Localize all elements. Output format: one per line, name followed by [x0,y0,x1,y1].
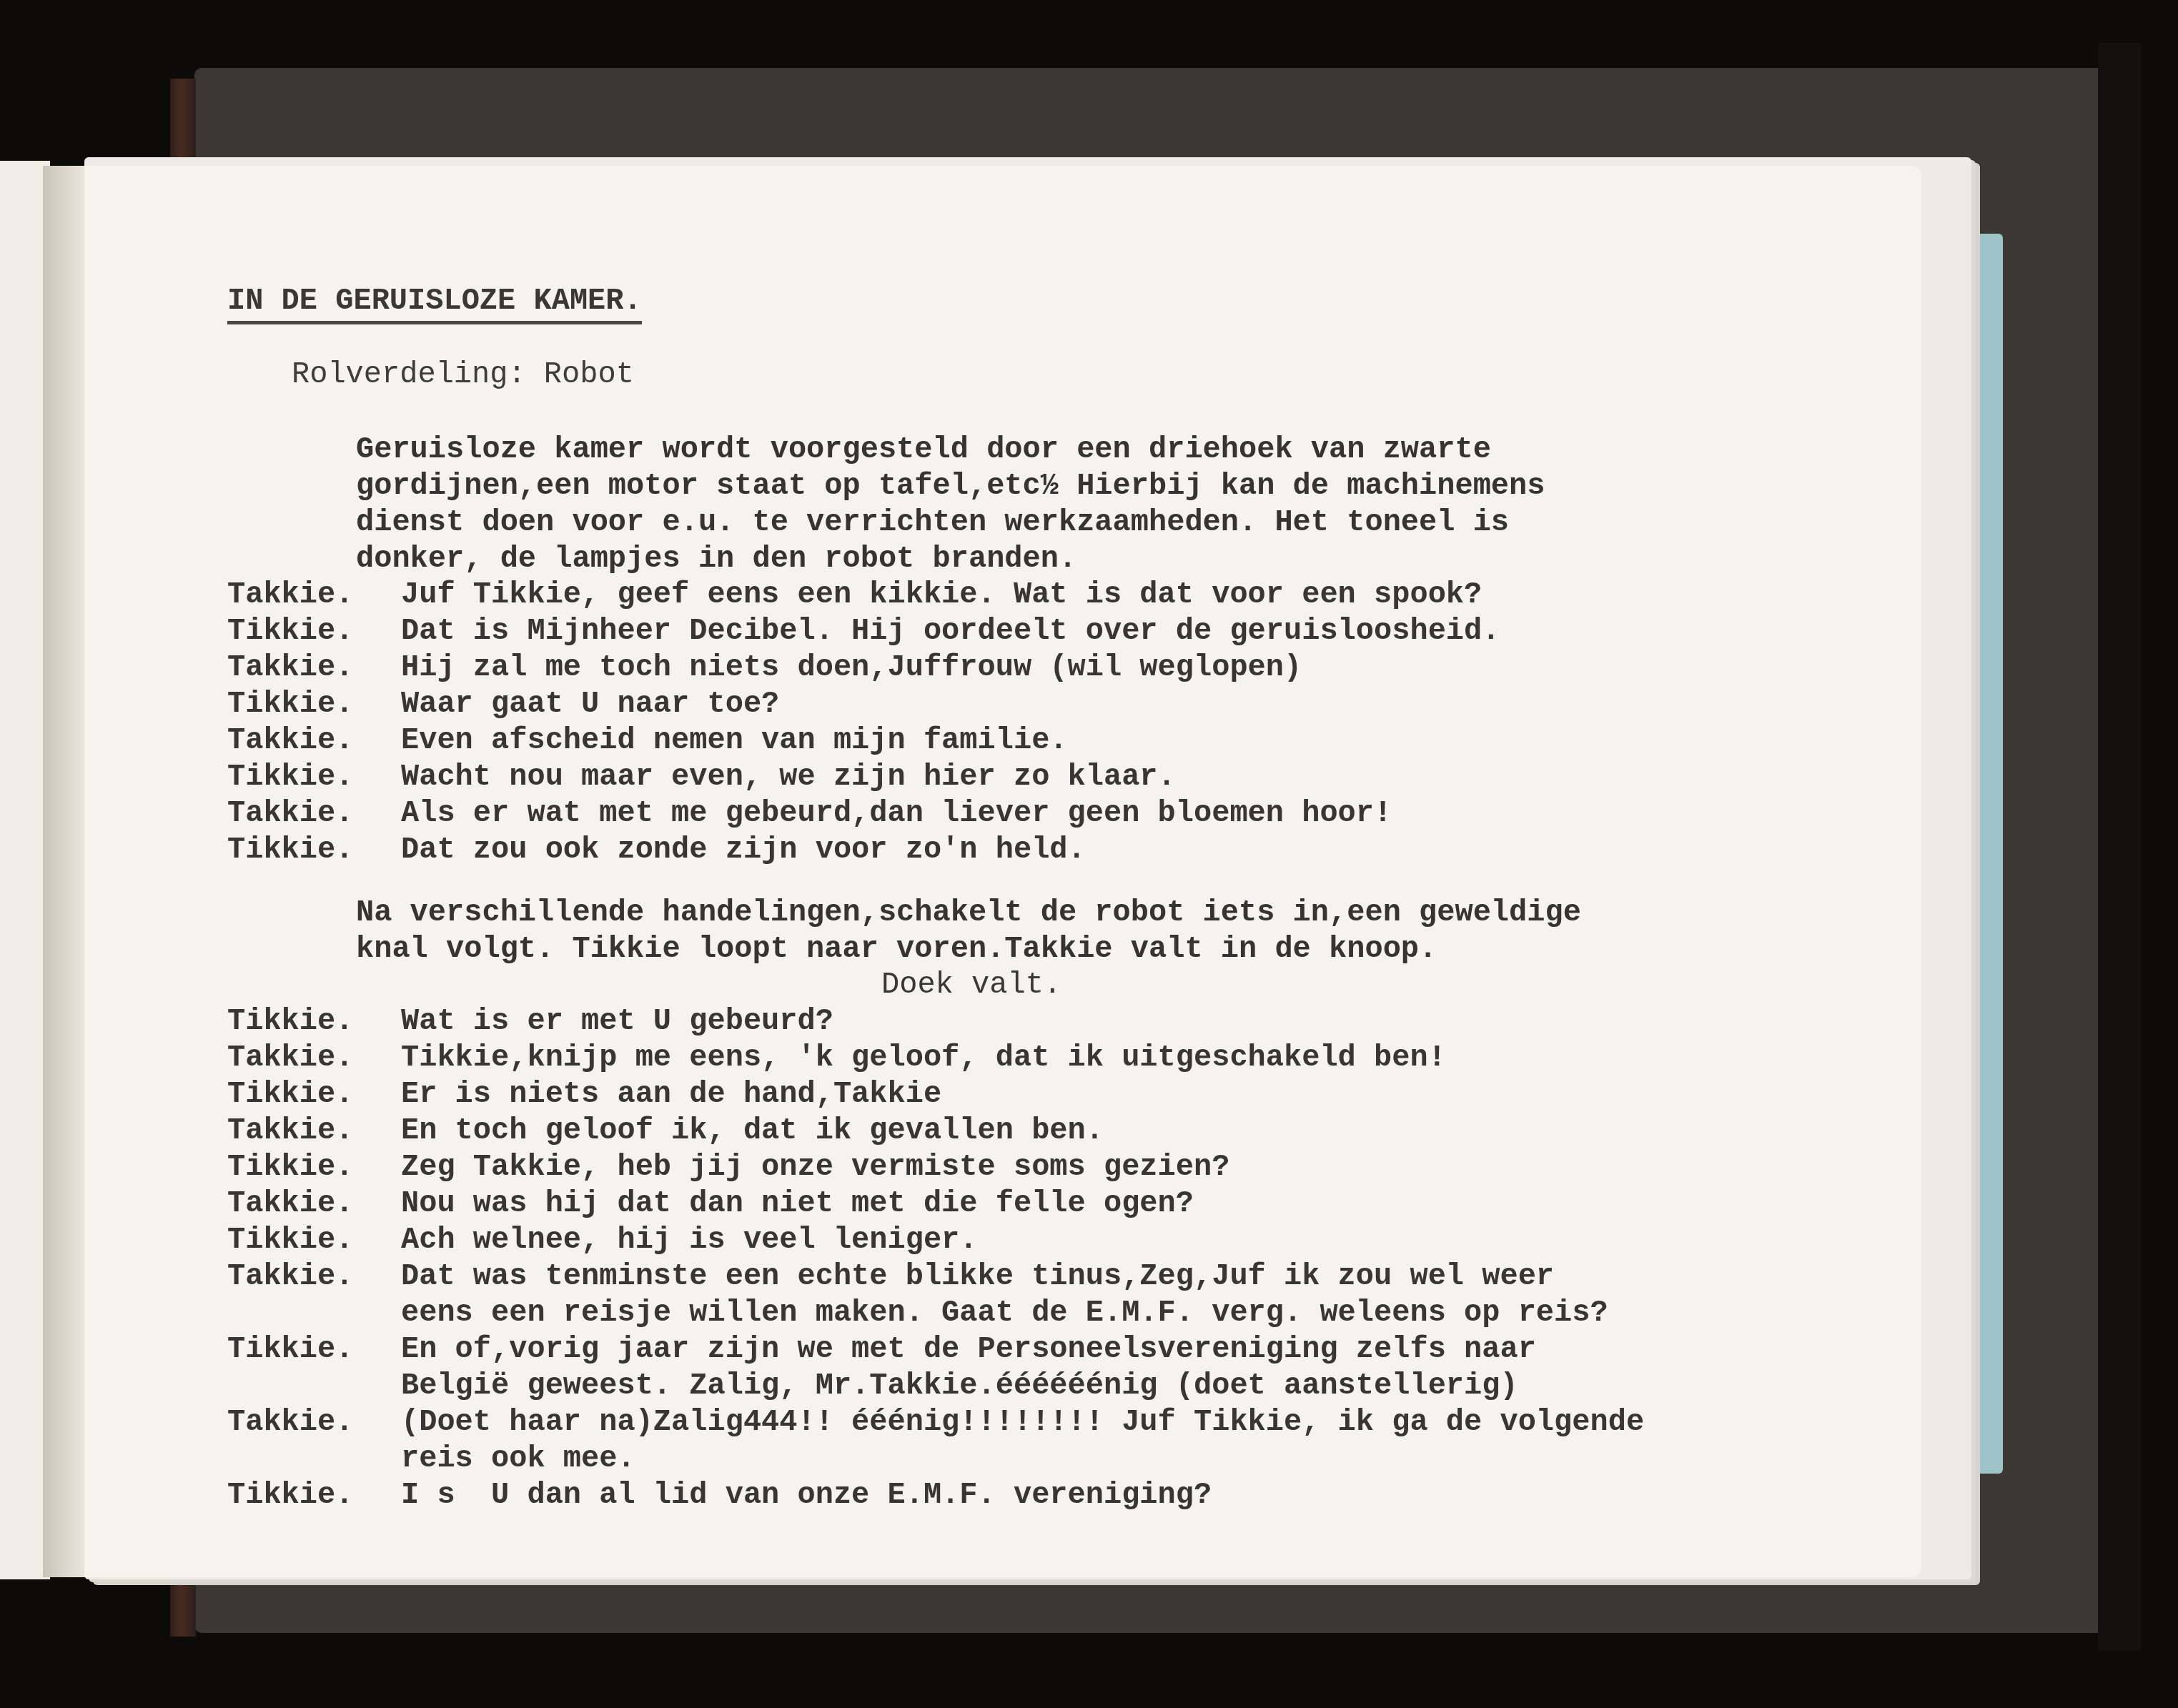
speaker: Tikkie. [227,1332,401,1366]
dialogue-line: Tikkie.Dat zou ook zonde zijn voor zo'n … [227,833,1086,867]
line-text: Wat is er met U gebeurd? [401,1004,833,1038]
dialogue-line: Takkie.(Doet haar na)Zalig444!! ééénig!!… [227,1405,1644,1439]
dialogue-continuation: België geweest. Zalig, Mr.Takkie.éééééén… [401,1369,1518,1403]
dialogue-line: Tikkie.Er is niets aan de hand,Takkie [227,1077,941,1111]
speaker: Tikkie. [227,1478,401,1512]
speaker: Takkie. [227,577,401,612]
line-text: En of,vorig jaar zijn we met de Personee… [401,1332,1536,1366]
dialogue-continuation: eens een reisje willen maken. Gaat de E.… [401,1296,1608,1330]
speaker: Takkie. [227,796,401,830]
stage-line: knal volgt. Tikkie loopt naar voren.Takk… [356,931,1437,968]
dialogue-line: Takkie.Juf Tikkie, geef eens een kikkie.… [227,577,1482,612]
speaker: Takkie. [227,650,401,685]
dialogue-line: Tikkie.Dat is Mijnheer Decibel. Hij oord… [227,614,1500,648]
line-text: Nou was hij dat dan niet met die felle o… [401,1186,1194,1221]
dialogue-line: Takkie.Even afscheid nemen van mijn fami… [227,723,1068,758]
gutter-shadow [43,166,87,1577]
dialogue-line: Tikkie.En of,vorig jaar zijn we met de P… [227,1332,1536,1366]
speaker: Tikkie. [227,614,401,648]
line-text: Hij zal me toch niets doen,Juffrouw (wil… [401,650,1302,685]
speaker: Tikkie. [227,1077,401,1111]
stage-line: Geruisloze kamer wordt voorgesteld door … [356,432,1491,468]
stage-line: Na verschillende handelingen,schakelt de… [356,895,1581,931]
line-text: Tikkie,knijp me eens, 'k geloof, dat ik … [401,1041,1446,1075]
speaker: Tikkie. [227,1150,401,1184]
speaker: Takkie. [227,1405,401,1439]
line-text: Dat was tenminste een echte blikke tinus… [401,1259,1554,1294]
dialogue-line: Tikkie.Wacht nou maar even, we zijn hier… [227,760,1176,794]
dialogue-line: Tikkie.Wat is er met U gebeurd? [227,1004,833,1038]
book-cover-edge [2098,43,2141,1651]
line-text: En toch geloof ik, dat ik gevallen ben. [401,1113,1104,1148]
speaker: Takkie. [227,1259,401,1294]
speaker: Takkie. [227,1113,401,1148]
line-text: Dat zou ook zonde zijn voor zo'n held. [401,833,1086,867]
line-text: (Doet haar na)Zalig444!! ééénig!!!!!!!! … [401,1405,1644,1439]
curtain-direction: Doek valt. [881,968,1061,1002]
stage-line: gordijnen,een motor staat op tafel,etc½ … [356,468,1545,505]
dialogue-line: Takkie.Nou was hij dat dan niet met die … [227,1186,1194,1221]
typed-page: IN DE GERUISLOZE KAMER. Rolverdeling: Ro… [84,166,1921,1577]
speaker: Takkie. [227,1186,401,1221]
line-text: Wacht nou maar even, we zijn hier zo kla… [401,760,1176,794]
speaker: Takkie. [227,1041,401,1075]
page-title: IN DE GERUISLOZE KAMER. [227,284,642,324]
dialogue-line: Takkie.Hij zal me toch niets doen,Juffro… [227,650,1302,685]
line-text: I s U dan al lid van onze E.M.F. verenig… [401,1478,1212,1512]
stage-line: dienst doen voor e.u. te verrichten werk… [356,505,1509,541]
dialogue-line: Tikkie.I s U dan al lid van onze E.M.F. … [227,1478,1212,1512]
line-text: Dat is Mijnheer Decibel. Hij oordeelt ov… [401,614,1500,648]
dialogue-line: Tikkie.Waar gaat U naar toe? [227,687,779,721]
speaker: Tikkie. [227,833,401,867]
dialogue-line: Tikkie.Ach welnee, hij is veel leniger. [227,1223,978,1257]
line-text: Juf Tikkie, geef eens een kikkie. Wat is… [401,577,1482,612]
dialogue-line: Tikkie.Zeg Takkie, heb jij onze vermiste… [227,1150,1229,1184]
speaker: Tikkie. [227,1004,401,1038]
dialogue-line: Takkie.Tikkie,knijp me eens, 'k geloof, … [227,1041,1446,1075]
line-text: Zeg Takkie, heb jij onze vermiste soms g… [401,1150,1229,1184]
speaker: Takkie. [227,723,401,758]
line-text: Ach welnee, hij is veel leniger. [401,1223,978,1257]
line-text: Even afscheid nemen van mijn familie. [401,723,1068,758]
cast-list: Rolverdeling: Robot [292,357,634,392]
dialogue-line: Takkie.En toch geloof ik, dat ik gevalle… [227,1113,1104,1148]
speaker: Tikkie. [227,760,401,794]
line-text: Er is niets aan de hand,Takkie [401,1077,941,1111]
line-text: Waar gaat U naar toe? [401,687,779,721]
dialogue-continuation: reis ook mee. [401,1441,635,1476]
dialogue-line: Takkie.Als er wat met me gebeurd,dan lie… [227,796,1392,830]
dialogue-line: Takkie.Dat was tenminste een echte blikk… [227,1259,1554,1294]
stage-line: donker, de lampjes in den robot branden. [356,541,1076,577]
speaker: Tikkie. [227,687,401,721]
speaker: Tikkie. [227,1223,401,1257]
line-text: Als er wat met me gebeurd,dan liever gee… [401,796,1392,830]
